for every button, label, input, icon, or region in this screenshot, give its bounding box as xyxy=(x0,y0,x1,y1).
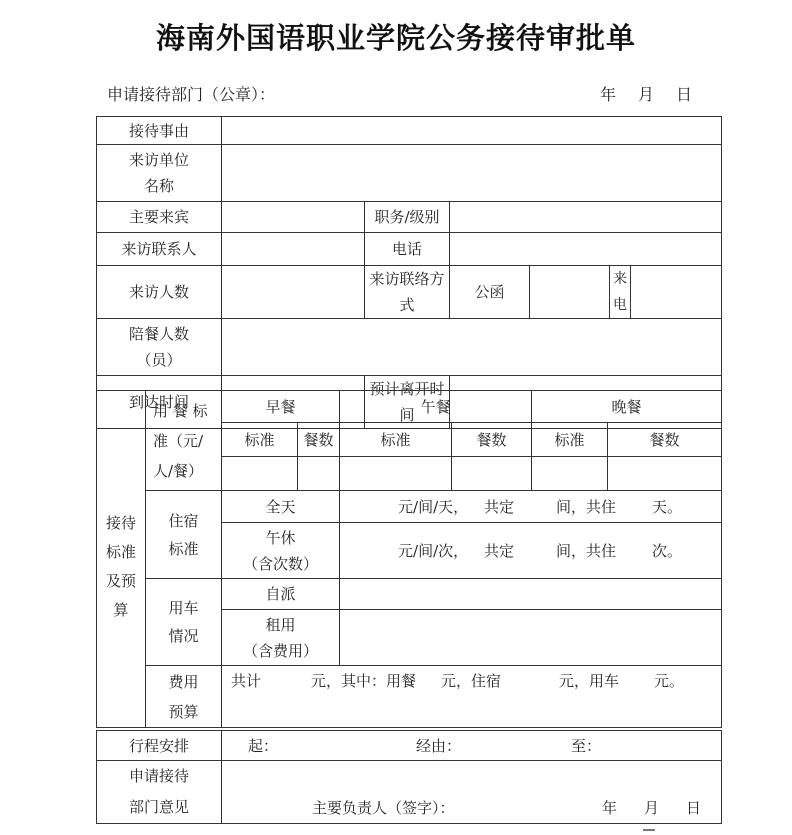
phone-label: 电话 xyxy=(365,233,450,266)
main-guest-label: 主要来宾 xyxy=(97,202,222,233)
applicant-dept-label: 申请接待部门（公章）： xyxy=(107,82,275,105)
rental-vehicle-field[interactable] xyxy=(340,610,722,666)
approval-form-table: 接待事由 来访单位 名称 主要来宾 职务/级别 来访联系人 电话 来访人数 来访… xyxy=(96,116,722,429)
guest-title-field[interactable] xyxy=(450,202,722,233)
signer-label: 主要负责人（签字）： xyxy=(312,795,602,821)
main-guest-field[interactable] xyxy=(222,202,365,233)
breakfast-standard-field[interactable] xyxy=(222,457,298,491)
full-day-label: 全天 xyxy=(222,491,340,523)
accompany-field[interactable] xyxy=(222,319,722,376)
guest-title-label: 职务/级别 xyxy=(365,202,450,233)
day-label: 日 xyxy=(676,82,714,105)
page-mark xyxy=(643,829,655,831)
meal-standard-label: 用 餐 标 准（元/ 人/餐） xyxy=(146,391,222,491)
visitor-count-label: 来访人数 xyxy=(97,266,222,319)
lunch-count-field[interactable] xyxy=(452,457,532,491)
breakfast-count-header: 餐数 xyxy=(298,423,340,457)
own-vehicle-field[interactable] xyxy=(340,579,722,610)
visitor-org-field[interactable] xyxy=(222,145,722,202)
dinner-count-header: 餐数 xyxy=(608,423,722,457)
official-letter-field[interactable] xyxy=(530,266,610,319)
vehicle-label: 用车 情况 xyxy=(146,579,222,666)
header-date: 年月日 xyxy=(600,82,714,105)
year-label: 年 xyxy=(600,82,638,105)
rental-vehicle-label: 租用 （含费用） xyxy=(222,610,340,666)
lunch-standard-header: 标准 xyxy=(340,423,452,457)
dinner-header: 晚餐 xyxy=(532,391,722,423)
phone-field[interactable] xyxy=(450,233,722,266)
visitor-org-label: 来访单位 名称 xyxy=(97,145,222,202)
reason-label: 接待事由 xyxy=(97,117,222,145)
itinerary-opinion-table: 行程安排 起：经由：至： 申请接待 部门意见 主要负责人（签字）：年月日 xyxy=(96,730,722,824)
phone-call-field[interactable] xyxy=(631,266,722,319)
contact-method-label: 来访联络方式 xyxy=(365,266,450,319)
lunch-standard-field[interactable] xyxy=(340,457,452,491)
dinner-count-field[interactable] xyxy=(608,457,722,491)
nap-field[interactable]: 元/间/次，共定间，共住次。 xyxy=(340,523,722,579)
contact-field[interactable] xyxy=(222,233,365,266)
contact-label: 来访联系人 xyxy=(97,233,222,266)
itinerary-label: 行程安排 xyxy=(97,731,222,761)
full-day-field[interactable]: 元/间/天，共定间，共住天。 xyxy=(340,491,722,523)
lodging-standard-label: 住宿 标准 xyxy=(146,491,222,579)
visitor-count-field[interactable] xyxy=(222,266,365,319)
breakfast-standard-header: 标准 xyxy=(222,423,298,457)
phone-call-label: 来电 xyxy=(610,266,631,319)
dept-opinion-field[interactable]: 主要负责人（签字）：年月日 xyxy=(222,761,722,824)
lunch-count-header: 餐数 xyxy=(452,423,532,457)
lunch-header: 午餐 xyxy=(340,391,532,423)
form-title: 海南外国语职业学院公务接待审批单 xyxy=(0,16,792,57)
breakfast-count-field[interactable] xyxy=(298,457,340,491)
standards-table: 接待 标准 及预 算 用 餐 标 准（元/ 人/餐） 早餐 午餐 晚餐 标准 餐… xyxy=(96,390,722,728)
official-letter-label: 公函 xyxy=(450,266,530,319)
itinerary-field[interactable]: 起：经由：至： xyxy=(222,731,722,761)
budget-label: 费用 预算 xyxy=(146,666,222,728)
own-vehicle-label: 自派 xyxy=(222,579,340,610)
accompany-label: 陪餐人数 （员） xyxy=(97,319,222,376)
budget-field[interactable]: 共计元，其中：用餐元，住宿元，用车元。 xyxy=(222,666,722,728)
breakfast-header: 早餐 xyxy=(222,391,340,423)
dinner-standard-field[interactable] xyxy=(532,457,608,491)
nap-label: 午休 （含次数） xyxy=(222,523,340,579)
dept-opinion-label: 申请接待 部门意见 xyxy=(97,761,222,824)
dinner-standard-header: 标准 xyxy=(532,423,608,457)
standards-section-label: 接待 标准 及预 算 xyxy=(97,391,146,728)
reason-field[interactable] xyxy=(222,117,722,145)
month-label: 月 xyxy=(638,82,676,105)
